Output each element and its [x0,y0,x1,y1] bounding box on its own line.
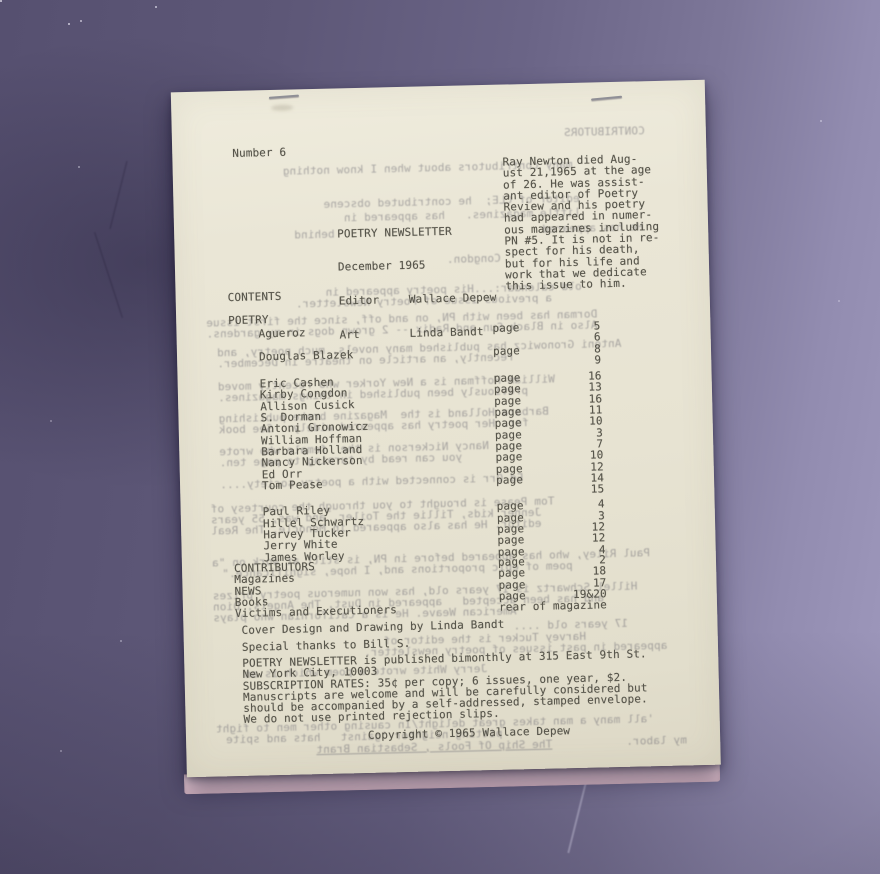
masthead-title: POETRY NEWSLETTER [337,224,495,239]
contents-entry-name [232,492,262,493]
poetry-heading: POETRY [228,314,269,326]
credit-role: Editor [339,294,409,307]
staple-right [591,96,622,101]
contents-page-number: 15 [520,483,604,496]
dust-specks [0,0,2,2]
credit-name: Wallace Depew [409,291,497,306]
cover-credit-line: Cover Design and Drawing by Linda Bandt [241,619,504,636]
newsletter-booklet: CONTRIBUTORSmany contributors about when… [171,80,721,794]
staple-dent [271,105,293,112]
copyright-line: Copyright © 1965 Wallace Depew [244,722,694,744]
info-list: CONTRIBUTORSpage2Magazinespage18NEWSpage… [234,554,625,620]
bleedthrough-text: Harvey Tucker is the editor of [384,631,586,647]
masthead-date: December 1965 [338,258,496,273]
publisher-block: POETRY NEWSLETTER is published bimonthly… [242,648,648,725]
background-crack [94,232,123,318]
contents-entry-name [229,362,259,363]
thanks-line: Special thanks to Bill S. [242,638,411,653]
bleedthrough-text: CONTRIBUTORS [564,125,645,138]
photo-background: CONTRIBUTORSmany contributors about when… [0,0,880,874]
dedication-block: Ray Newton died Aug-ust 21,1965 at the a… [502,153,660,292]
poetry-list: Aguerozpage56Douglas Blazekpage89Eric Ca… [228,320,623,564]
masthead-credit-editor: EditorWallace Depew [339,292,497,307]
newsletter-cover-page: CONTRIBUTORSmany contributors about when… [171,80,721,777]
contents-entry-name: Victims and Executioners [235,604,397,619]
background-scratch [567,783,586,853]
contents-page-number: 9 [517,354,601,367]
staple-left [269,95,299,99]
contents-entry-name [229,340,259,341]
dedication-line: this issue to him. [505,277,660,292]
bleedthrough-text: 17 years old .... [513,618,628,632]
issue-number: Number 6 [232,147,286,160]
bleedthrough-text: behind [294,229,335,241]
contents-page-word: rear of magazine [499,599,607,613]
bleedthrough-text: my labor. [626,734,687,746]
contents-heading: CONTENTS [228,291,282,304]
background-crack [110,161,128,229]
